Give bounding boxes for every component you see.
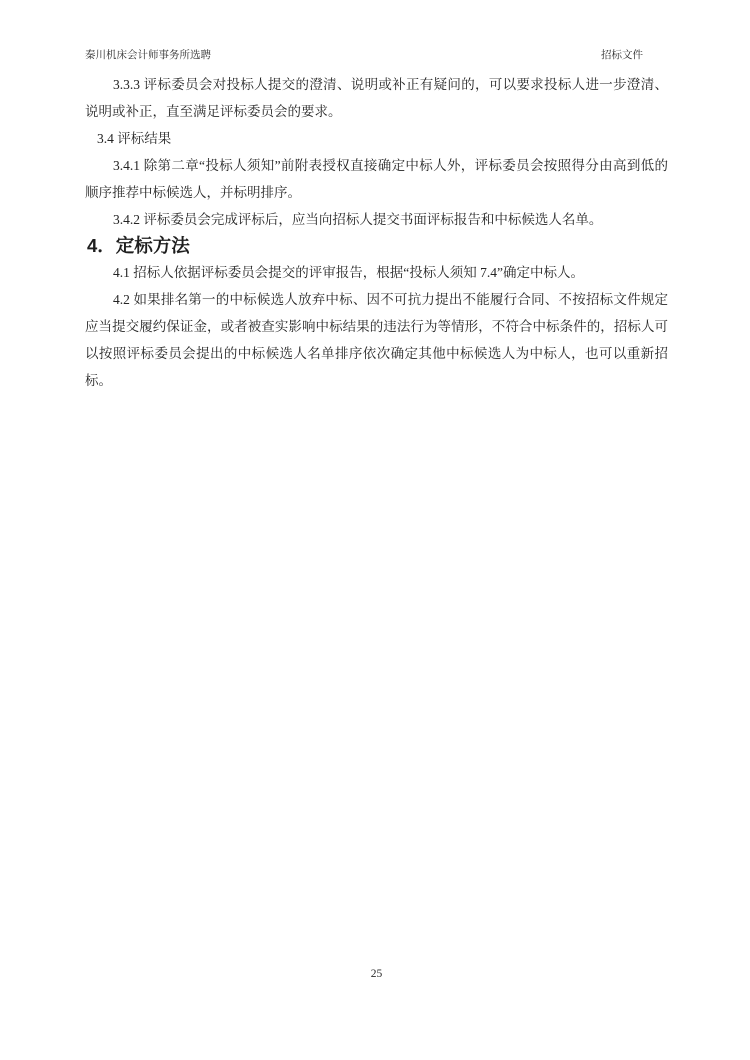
- clause-4-2: 4.2 如果排名第一的中标候选人放弃中标、因不可抗力提出不能履行合同、不按招标文…: [85, 286, 668, 394]
- page-footer: 25: [85, 967, 668, 981]
- clause-3-4-1: 3.4.1 除第二章“投标人须知”前附表授权直接确定中标人外，评标委员会按照得分…: [85, 152, 668, 206]
- header-document-type: 招标文件: [601, 49, 643, 63]
- clause-3-4-2: 3.4.2 评标委员会完成评标后，应当向招标人提交书面评标报告和中标候选人名单。: [85, 206, 668, 233]
- page-number: 25: [371, 968, 383, 980]
- clause-4-1: 4.1 招标人依据评标委员会提交的评审报告，根据“投标人须知 7.4”确定中标人…: [85, 259, 668, 286]
- page-header: 秦川机床会计师事务所选聘 招标文件: [85, 49, 643, 63]
- header-project-title: 秦川机床会计师事务所选聘: [85, 49, 211, 63]
- section-heading-4: 4．定标方法: [85, 233, 668, 259]
- section-heading-3-4: 3.4 评标结果: [85, 125, 668, 152]
- document-content: 3.3.3 评标委员会对投标人提交的澄清、说明或补正有疑问的，可以要求投标人进一…: [85, 71, 668, 394]
- clause-3-3-3: 3.3.3 评标委员会对投标人提交的澄清、说明或补正有疑问的，可以要求投标人进一…: [85, 71, 668, 125]
- document-page: 秦川机床会计师事务所选聘 招标文件 3.3.3 评标委员会对投标人提交的澄清、说…: [0, 0, 750, 1060]
